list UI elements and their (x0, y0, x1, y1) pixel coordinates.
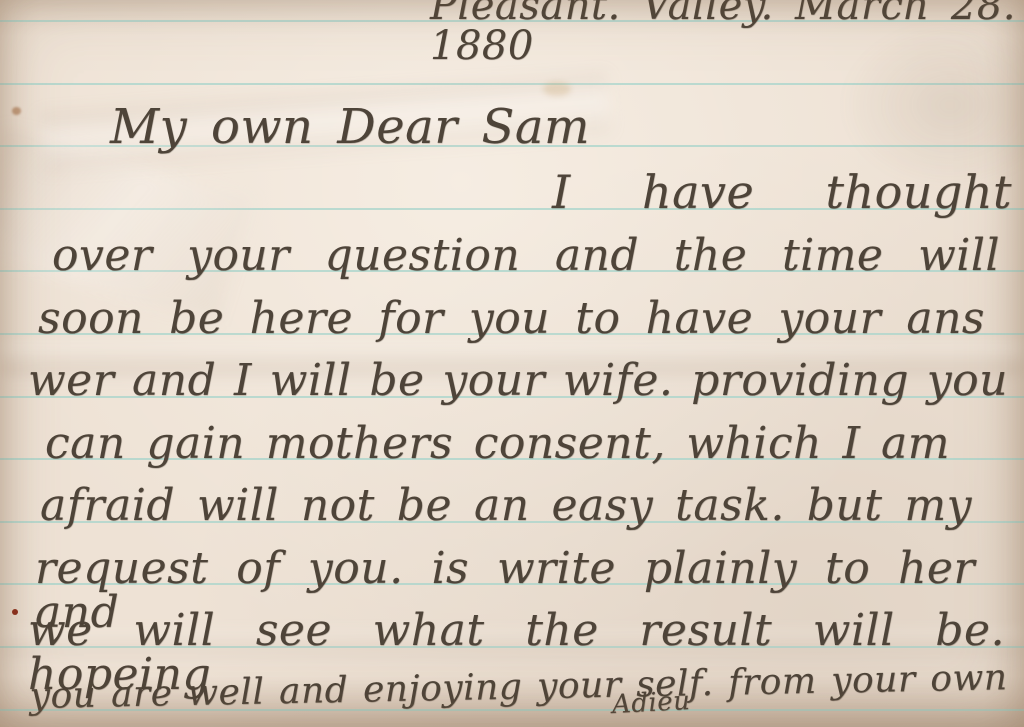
letter-salutation: My own Dear Sam (110, 103, 590, 151)
letter-body-line: afraid will not be an easy task. but my (40, 484, 972, 528)
paper-stain (12, 107, 21, 115)
letter-closing-adieu: Adieu (611, 688, 691, 718)
letter-body-line: soon be here for you to have your ans (38, 297, 985, 341)
letter-body-line: over your question and the time will (52, 234, 1000, 278)
letter-page: Pleasant. Valley. March 28. 1880 My own … (0, 0, 1024, 727)
ruled-line (0, 83, 1024, 85)
letter-heading-date: Pleasant. Valley. March 28. 1880 (430, 0, 1016, 66)
paper-stain (543, 82, 571, 96)
ink-spot (12, 609, 18, 615)
letter-body-line: I have thought (552, 169, 1012, 215)
letter-body-line: can gain mothers consent, which I am (45, 422, 950, 466)
letter-body-line: wer and I will be your wife. providing y… (28, 359, 1008, 403)
